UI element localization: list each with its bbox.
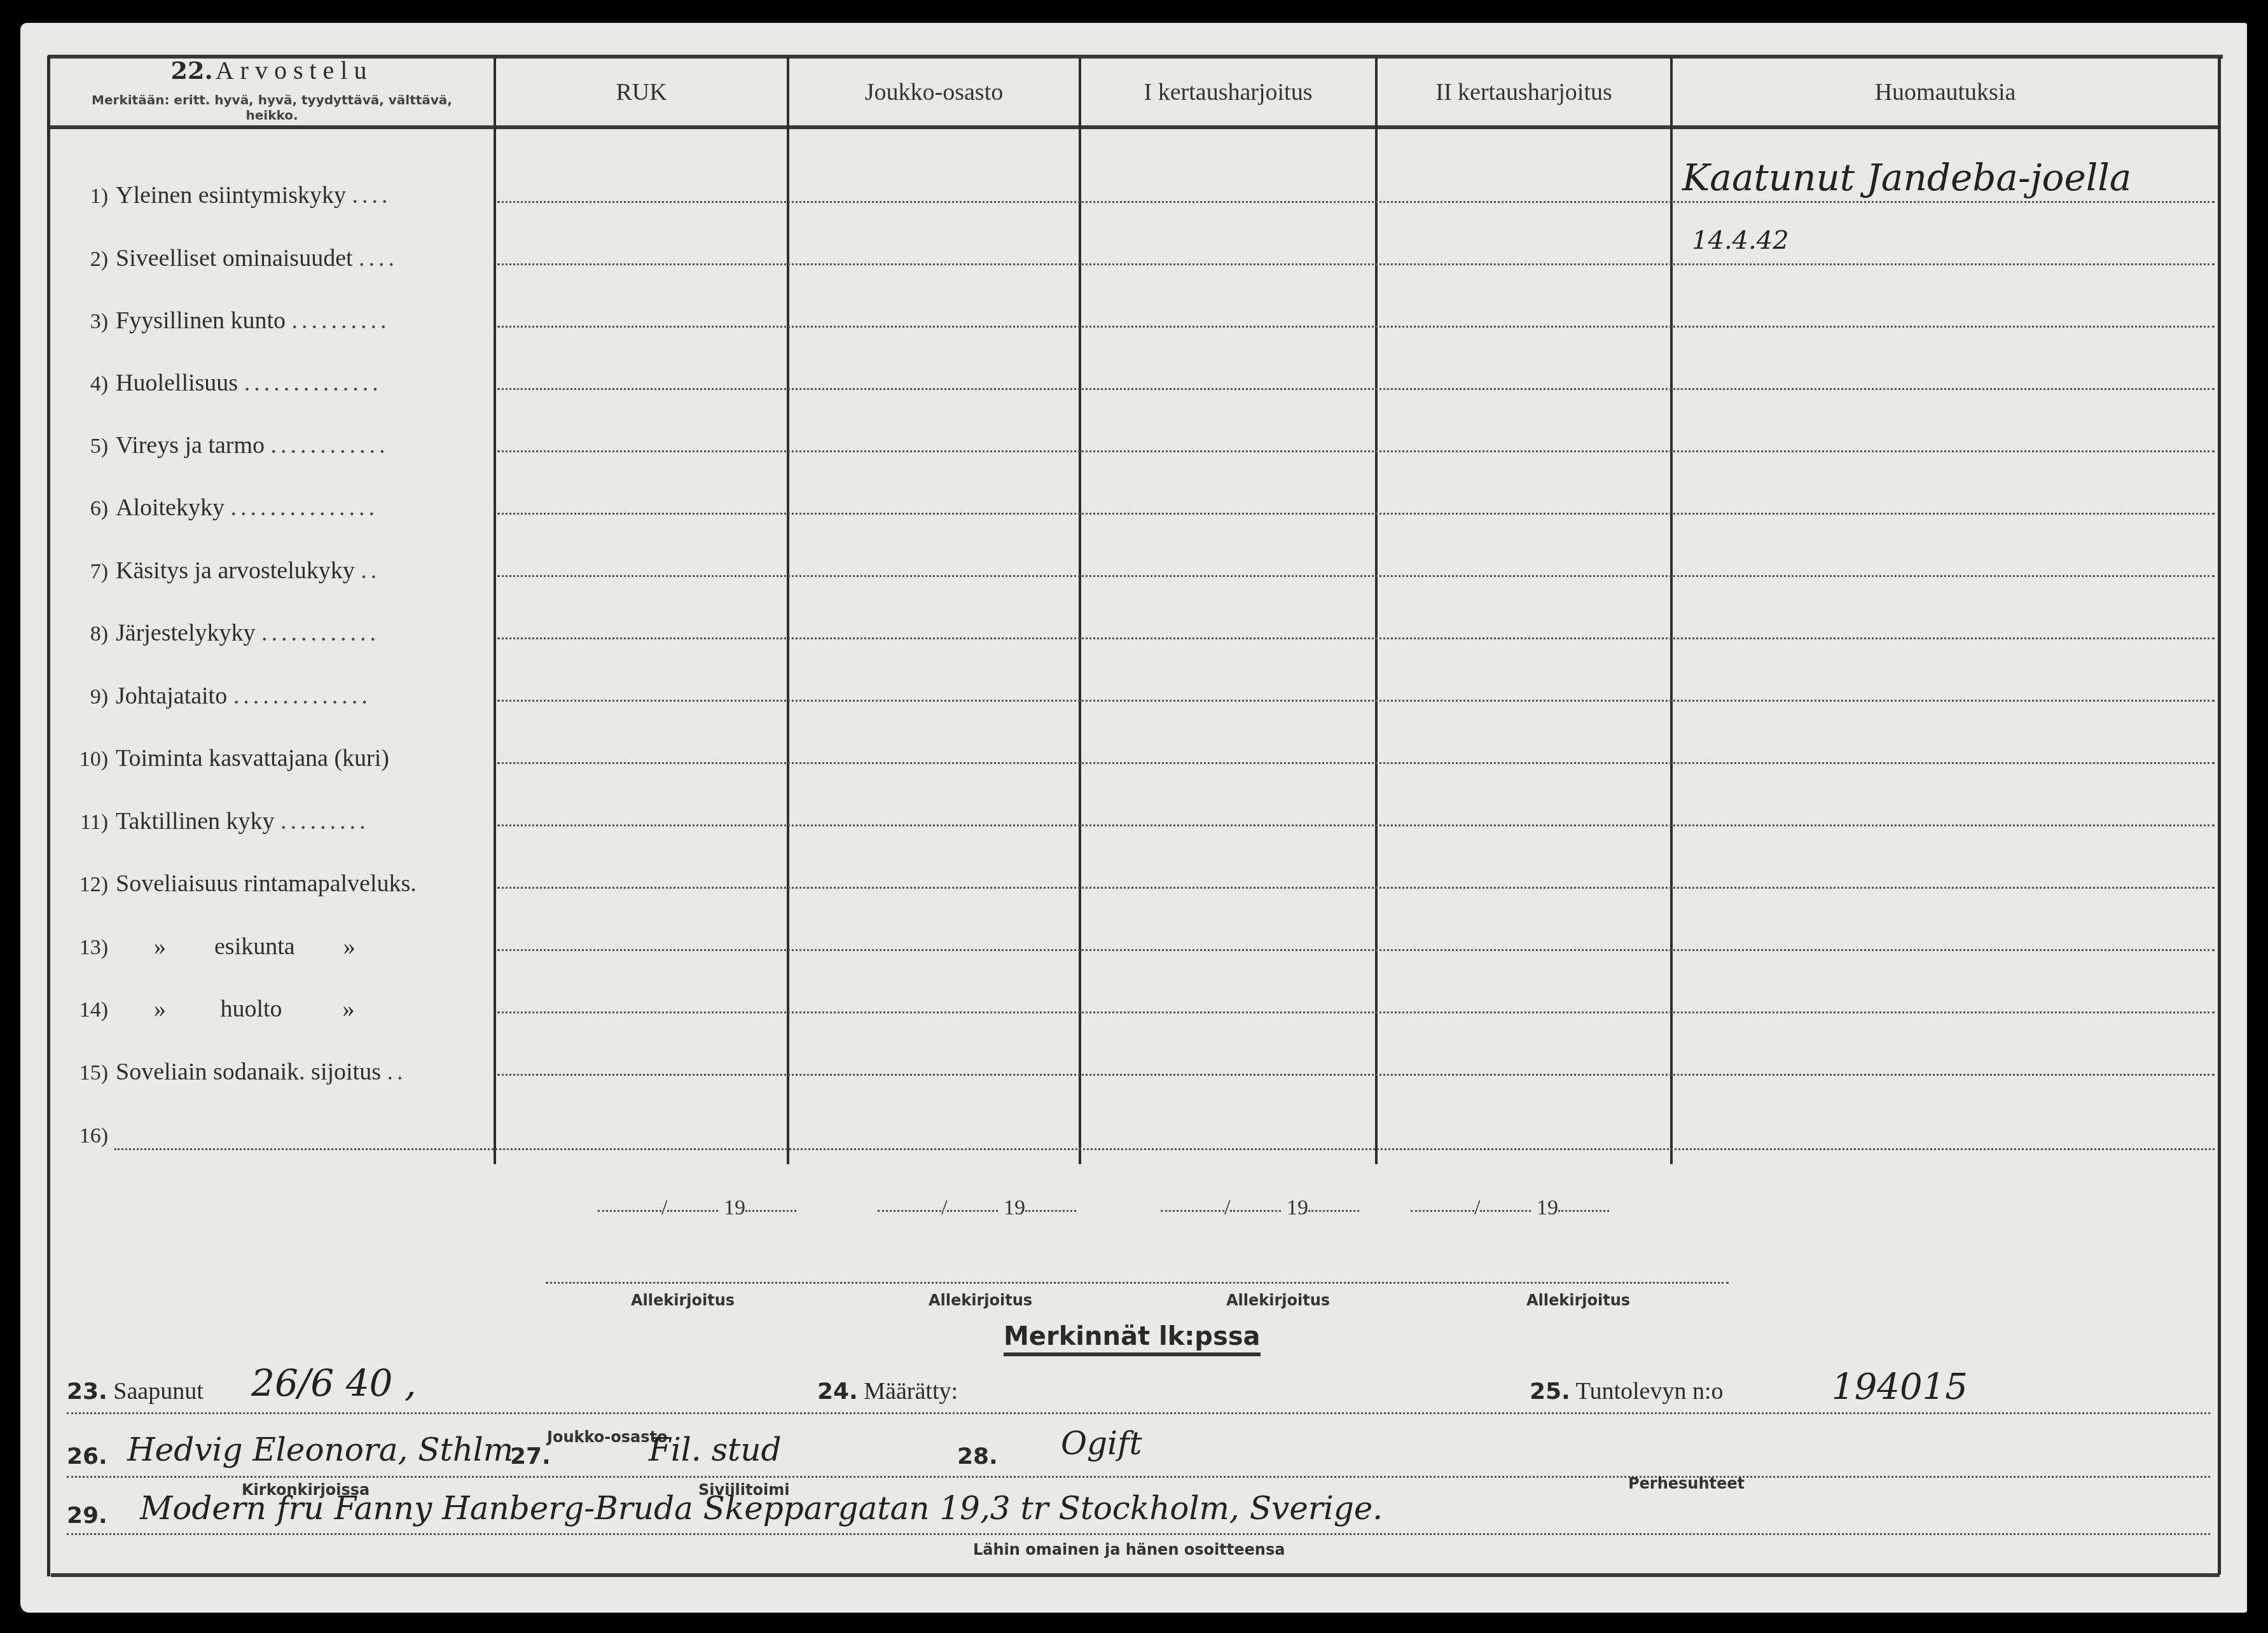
column-divider-4 (1375, 57, 1378, 1164)
table-right-border (2218, 57, 2221, 1574)
signature-label-3: Allekirjoitus (1226, 1291, 1330, 1309)
row-label: 10)Toiminta kasvattajana (kuri) (64, 744, 487, 772)
field-23-label: 23. Saapunut (67, 1377, 204, 1405)
field-line-23-25 (67, 1412, 2210, 1414)
signature-label-2: Allekirjoitus (929, 1291, 1032, 1309)
row-label: 11)Taktillinen kyky ......... (64, 807, 487, 835)
company-section-title: Merkinnät lk:pssa (1004, 1322, 1261, 1356)
row-label: 12)Soveliaisuus rintamapalveluks. (64, 870, 487, 898)
column-divider-3 (1079, 57, 1081, 1164)
row-label: 6)Aloitekyky ............... (64, 494, 487, 522)
field-line-26-28 (67, 1476, 2210, 1478)
remarks-handwritten-line-1: Kaatunut Jandeba-joella (1682, 156, 2131, 199)
date-block-4: / 19 (1411, 1196, 1609, 1220)
row-label: 7)Käsitys ja arvostelukyky .. (64, 557, 487, 585)
column-divider-1 (494, 57, 496, 1164)
date-block-2: / 19 (878, 1196, 1076, 1220)
date-block-3: / 19 (1161, 1196, 1359, 1220)
field-29-label: 29. (67, 1501, 107, 1529)
section-subtitle: Merkitään: eritt. hyvä, hyvä, tyydyttävä… (51, 91, 493, 123)
remarks-handwritten-date: 14.4.42 (1692, 226, 1789, 255)
row-label: 1)Yleinen esiintymiskyky .... (64, 181, 487, 209)
row-label: 13)» esikunta » (64, 933, 487, 961)
date-block-1: / 19 (598, 1196, 796, 1220)
row-label: 16) (64, 1121, 487, 1149)
section-title: Arvostelu (216, 56, 373, 85)
field-26-label: 26. (67, 1442, 107, 1470)
row-label: 2)Siveelliset ominaisuudet .... (64, 244, 487, 272)
row-label: 3)Fyysillinen kunto .......... (64, 307, 487, 335)
row-label: 15)Soveliain sodanaik. sijoitus .. (64, 1058, 487, 1086)
section-number: 22. (171, 56, 213, 85)
column-header-i-kertausharjoitus: I kertausharjoitus (1081, 57, 1375, 127)
section-22-header: 22. Arvostelu Merkitään: eritt. hyvä, hy… (51, 56, 493, 123)
field-28-label: 28. (957, 1442, 998, 1470)
field-27-value: Fil. stud (649, 1431, 781, 1468)
field-25-value: 194015 (1832, 1366, 1968, 1408)
field-24-label: 24. Määrätty: (817, 1377, 958, 1405)
field-27-label: 27. (510, 1442, 551, 1470)
field-28-sublabel-perhesuhteet: Perhesuhteet (1628, 1475, 1745, 1492)
row-label: 9)Johtajataito .............. (64, 682, 487, 710)
column-header-ii-kertausharjoitus: II kertausharjoitus (1378, 57, 1670, 127)
row-label: 4)Huolellisuus .............. (64, 369, 487, 397)
column-divider-5 (1670, 57, 1673, 1164)
row-label: 5)Vireys ja tarmo ............ (64, 431, 487, 459)
signature-label-4: Allekirjoitus (1526, 1291, 1630, 1309)
row-label: 14)» huolto » (64, 995, 487, 1023)
table-bottom-border (51, 1573, 2220, 1577)
signature-line (546, 1282, 1729, 1284)
field-29-value: Modern fru Fanny Hanberg-Bruda Skepparga… (140, 1490, 1383, 1527)
row-label: 8)Järjestelykyky ............ (64, 619, 487, 647)
column-header-ruk: RUK (496, 57, 787, 127)
field-28-value: Ogift (1061, 1425, 1142, 1462)
column-divider-2 (787, 57, 789, 1164)
signature-label-1: Allekirjoitus (631, 1291, 735, 1309)
field-29-sublabel: Lähin omainen ja hänen osoitteensa (973, 1541, 1285, 1559)
column-header-huomautuksia: Huomautuksia (1673, 57, 2218, 127)
field-26-value: Hedvig Eleonora, Sthlm (127, 1431, 513, 1468)
field-line-29 (67, 1533, 2210, 1535)
field-25-label: 25. Tuntolevyn n:o (1530, 1377, 1724, 1405)
column-header-joukko-osasto: Joukko-osasto (789, 57, 1079, 127)
field-23-value: 26/6 40 , (251, 1361, 416, 1405)
table-left-border (47, 56, 50, 1576)
